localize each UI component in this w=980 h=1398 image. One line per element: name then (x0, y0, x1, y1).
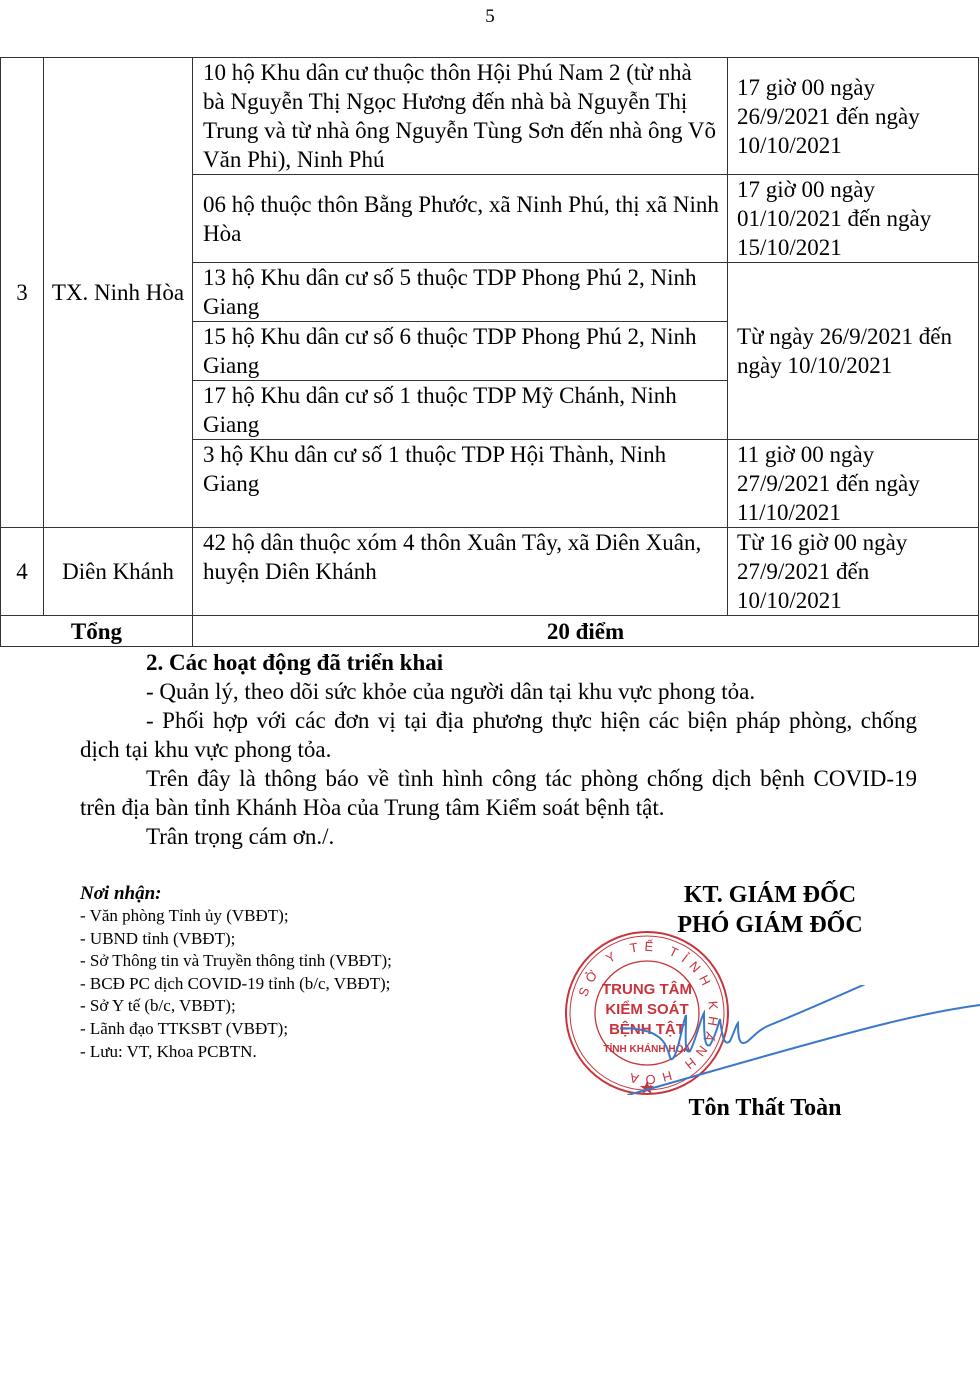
stt-cell: 3 (1, 58, 44, 528)
time-cell: Từ ngày 26/9/2021 đến ngày 10/10/2021 (728, 263, 979, 440)
location-cell: TX. Ninh Hòa (44, 58, 193, 528)
time-cell: 11 giờ 00 ngày 27/9/2021 đến ngày 11/10/… (728, 440, 979, 528)
total-label: Tổng (1, 616, 193, 647)
time-cell: Từ 16 giờ 00 ngày 27/9/2021 đến 10/10/20… (728, 528, 979, 616)
table-row: 3 TX. Ninh Hòa 10 hộ Khu dân cư thuộc th… (1, 58, 979, 175)
location-cell: Diên Khánh (44, 528, 193, 616)
section-heading: 2. Các hoạt động đã triển khai (80, 648, 917, 677)
total-value: 20 điểm (193, 616, 979, 647)
recipient-item: - Văn phòng Tỉnh ủy (VBĐT); (80, 905, 392, 928)
paragraph: Trên đây là thông báo về tình hình công … (80, 764, 917, 822)
recipient-item: - Lãnh đạo TTKSBT (VBĐT); (80, 1018, 392, 1041)
description-cell: 13 hộ Khu dân cư số 5 thuộc TDP Phong Ph… (193, 263, 728, 322)
paragraph: - Quản lý, theo dõi sức khỏe của người d… (80, 677, 917, 706)
description-cell: 06 hộ thuộc thôn Bằng Phước, xã Ninh Phú… (193, 175, 728, 263)
recipient-item: - Sở Y tế (b/c, VBĐT); (80, 995, 392, 1018)
page-number: 5 (0, 6, 980, 28)
paragraph: Trân trọng cám ơn./. (80, 822, 917, 851)
description-cell: 17 hộ Khu dân cư số 1 thuộc TDP Mỹ Chánh… (193, 381, 728, 440)
recipient-item: - Lưu: VT, Khoa PCBTN. (80, 1041, 392, 1064)
paragraph: - Phối hợp với các đơn vị tại địa phương… (80, 706, 917, 764)
recipients-title: Nơi nhận: (80, 883, 392, 905)
recipient-item: - UBND tỉnh (VBĐT); (80, 928, 392, 951)
description-cell: 3 hộ Khu dân cư số 1 thuộc TDP Hội Thành… (193, 440, 728, 528)
recipients-list: - Văn phòng Tỉnh ủy (VBĐT); - UBND tỉnh … (80, 905, 392, 1063)
description-cell: 42 hộ dân thuộc xóm 4 thôn Xuân Tây, xã … (193, 528, 728, 616)
body-section: 2. Các hoạt động đã triển khai - Quản lý… (80, 648, 917, 851)
stt-cell: 4 (1, 528, 44, 616)
description-cell: 10 hộ Khu dân cư thuộc thôn Hội Phú Nam … (193, 58, 728, 175)
recipient-item: - Sở Thông tin và Truyền thông tỉnh (VBĐ… (80, 950, 392, 973)
table-row: 4 Diên Khánh 42 hộ dân thuộc xóm 4 thôn … (1, 528, 979, 616)
lockdown-areas-table: 3 TX. Ninh Hòa 10 hộ Khu dân cư thuộc th… (0, 57, 979, 647)
recipients-block: Nơi nhận: - Văn phòng Tỉnh ủy (VBĐT); - … (80, 883, 392, 1063)
signature-title-line1: KT. GIÁM ĐỐC (610, 880, 930, 910)
total-row: Tổng 20 điểm (1, 616, 979, 647)
recipient-item: - BCĐ PC dịch COVID-19 tỉnh (b/c, VBĐT); (80, 973, 392, 996)
time-cell: 17 giờ 00 ngày 26/9/2021 đến ngày 10/10/… (728, 58, 979, 175)
signer-name: Tôn Thất Toàn (600, 1095, 930, 1122)
description-cell: 15 hộ Khu dân cư số 6 thuộc TDP Phong Ph… (193, 322, 728, 381)
time-cell: 17 giờ 00 ngày 01/10/2021 đến ngày 15/10… (728, 175, 979, 263)
handwritten-signature-icon (620, 985, 980, 1095)
